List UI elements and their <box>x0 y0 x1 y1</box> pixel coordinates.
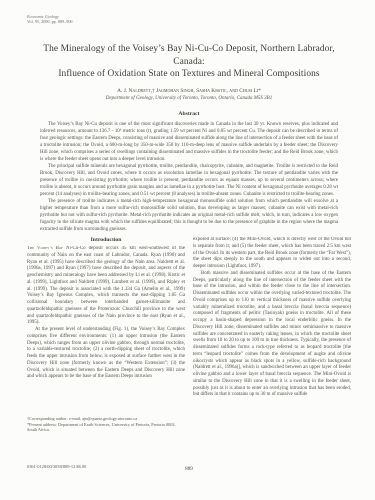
right-column: exposed at surface; (4) the Mini-Ovoid, … <box>193 237 351 435</box>
page-number: 889 <box>27 466 351 472</box>
paper-title-line-2: Influence of Oxidation State on Textures… <box>27 68 351 81</box>
right-column-text: exposed at surface; (4) the Mini-Ovoid, … <box>193 237 351 433</box>
lead-small-caps: The Voisey’s Bay <box>27 246 63 251</box>
abstract-paragraph-2: The principal sulfide minerals are hexag… <box>40 163 338 198</box>
journal-article-page: Economic Geology Vol. 95, 2000, pp. 889–… <box>0 0 375 500</box>
abstract-paragraph-3: The presence of troilite indicates a met… <box>40 198 338 233</box>
abstract-body: The Voisey’s Bay Ni-Cu deposit is one of… <box>40 121 338 233</box>
introduction-paragraph-2: At the present level of understanding (F… <box>27 327 185 381</box>
paper-title: The Mineralogy of the Voisey’s Bay Ni-Cu… <box>27 43 351 81</box>
left-column-text: The Voisey’s Bay Ni-Cu-Co deposit occurs… <box>27 246 185 410</box>
footnotes: †Corresponding author: e-mail, ajn@quart… <box>27 416 185 433</box>
introduction-heading: Introduction <box>27 237 185 244</box>
paper-title-line-1: The Mineralogy of the Voisey’s Bay Ni-Cu… <box>27 43 351 68</box>
footnote-present-address: *Present address: Department of Earth Sc… <box>27 422 185 433</box>
introduction-paragraph-1: The Voisey’s Bay Ni-Cu-Co deposit occurs… <box>27 246 185 327</box>
introduction-paragraph-3: Both massive and disseminated sulfides o… <box>193 271 351 399</box>
introduction-paragraph-1-rest: Ni-Cu-Co deposit occurs 45 km west-south… <box>27 246 185 325</box>
author-list: A. J. Naldrett,† Jagmohan Singh, Sasha K… <box>27 88 351 95</box>
affiliation: Department of Geology, University of Tor… <box>27 96 351 102</box>
journal-header: Economic Geology Vol. 95, 2000, pp. 889–… <box>27 14 351 24</box>
left-column: Introduction The Voisey’s Bay Ni-Cu-Co d… <box>27 237 185 435</box>
journal-citation: Vol. 95, 2000, pp. 889–900 <box>27 19 351 24</box>
two-column-body: Introduction The Voisey’s Bay Ni-Cu-Co d… <box>27 237 351 435</box>
introduction-paragraph-2-continued: exposed at surface; (4) the Mini-Ovoid, … <box>193 237 351 271</box>
abstract-heading: Abstract <box>27 111 351 118</box>
abstract-paragraph-1: The Voisey’s Bay Ni-Cu deposit is one of… <box>40 121 338 163</box>
